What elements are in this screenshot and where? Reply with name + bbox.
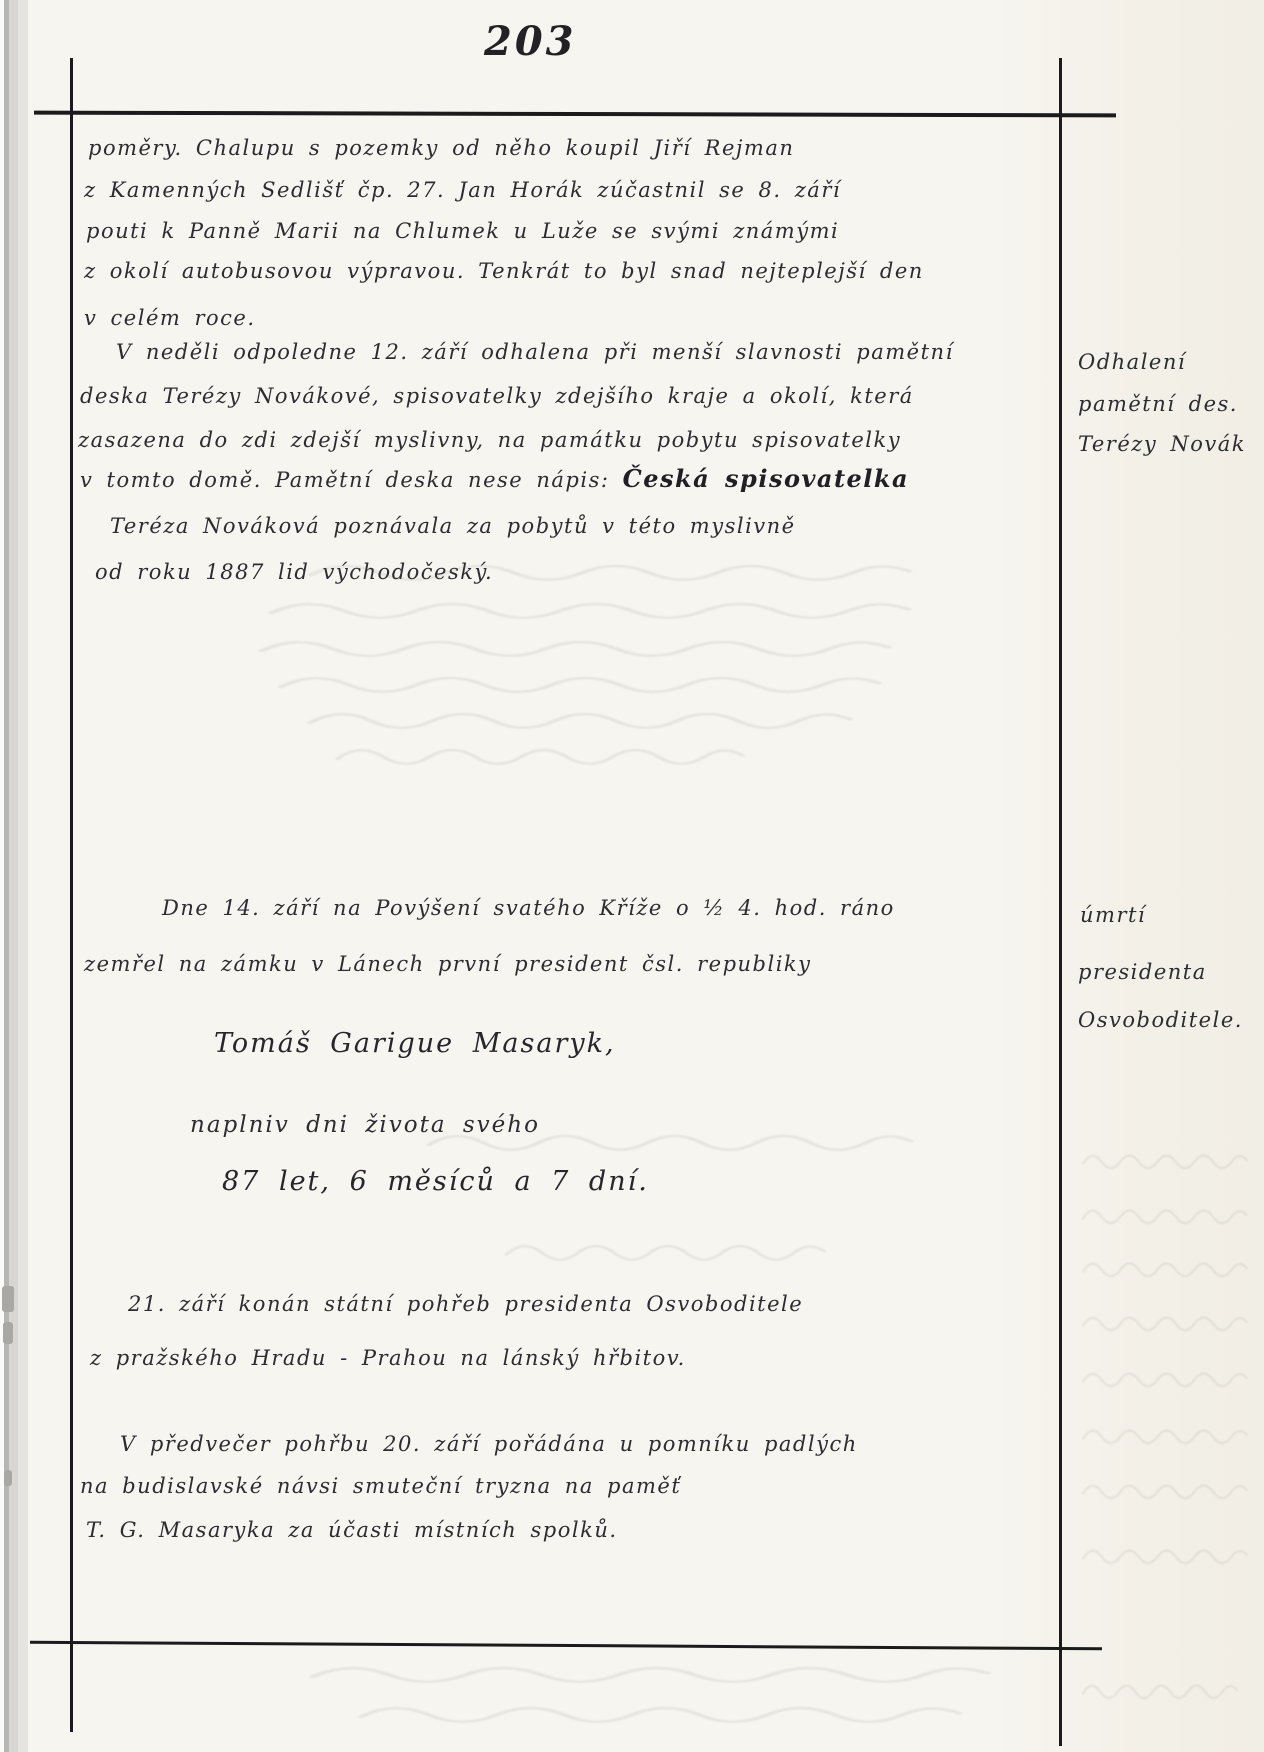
ink-bleed-squiggle	[350, 1702, 970, 1726]
chronicle-line: 21. září konán státní pohřeb presidenta …	[128, 1292, 803, 1316]
masaryk-name-line: Tomáš Garigue Masaryk,	[214, 1028, 616, 1059]
chronicle-line: v celém roce.	[84, 306, 256, 330]
ink-bleed-squiggle	[250, 636, 900, 660]
ink-bleed-squiggle	[500, 1240, 830, 1264]
ink-bleed-squiggle	[300, 1662, 1000, 1686]
plaque-inscription-start: Česká spisovatelka	[623, 464, 910, 493]
chronicle-line: poměry. Chalupu s pozemky od něho koupil…	[88, 136, 794, 160]
chronicle-line: zasazena do zdi zdejší myslivny, na pamá…	[78, 428, 901, 452]
masaryk-age-line: 87 let, 6 měsíců a 7 dní.	[222, 1166, 649, 1197]
chronicle-line: na budislavské návsi smuteční tryzna na …	[80, 1474, 681, 1498]
chronicle-line: V předvečer pohřbu 20. září pořádána u p…	[120, 1432, 858, 1456]
page-number: 203	[484, 18, 577, 65]
plaque-intro-text: v tomto domě. Pamětní deska nese nápis:	[80, 468, 623, 492]
margin-note-line: pamětní des.	[1078, 392, 1238, 416]
chronicle-line: T. G. Masaryka za účasti místních spolků…	[86, 1518, 618, 1542]
chronicle-line: v tomto domě. Pamětní deska nese nápis: …	[80, 464, 909, 493]
chronicle-line: z okolí autobusovou výpravou. Tenkrát to…	[84, 259, 924, 283]
chronicle-line: deska Terézy Novákové, spisovatelky zdej…	[80, 384, 914, 408]
ink-bleed-squiggle	[1080, 1368, 1250, 1390]
ink-bleed-squiggle	[260, 598, 920, 622]
ink-bleed-squiggle	[1080, 1205, 1250, 1227]
margin-note-line: Terézy Novák	[1078, 432, 1246, 456]
scan-artifact	[2, 1286, 14, 1312]
ink-bleed-squiggle	[330, 744, 750, 768]
ink-bleed-squiggle	[420, 1130, 920, 1154]
chronicle-line: V neděli odpoledne 12. září odhalena při…	[116, 340, 954, 364]
ink-bleed-squiggle	[1080, 1150, 1250, 1172]
ink-bleed-squiggle	[1080, 1312, 1250, 1334]
scan-artifact	[3, 1322, 13, 1344]
ink-bleed-squiggle	[1080, 1258, 1250, 1280]
chronicle-line: Dne 14. září na Povýšení svatého Kříže o…	[162, 896, 895, 920]
ink-bleed-squiggle	[270, 672, 890, 696]
ink-bleed-squiggle	[1080, 1425, 1250, 1447]
ink-bleed-squiggle	[1080, 1680, 1240, 1702]
chronicle-line: zemřel na zámku v Lánech první president…	[84, 952, 812, 976]
scanner-edge-strip	[0, 0, 28, 1752]
chronicle-line: z pražského Hradu - Prahou na lánský hřb…	[90, 1346, 686, 1370]
margin-note-line: úmrtí	[1080, 903, 1146, 927]
chronicle-line: pouti k Panně Marii na Chlumek u Luže se…	[86, 219, 839, 243]
ink-bleed-squiggle	[300, 708, 860, 732]
chronicle-line: Teréza Nováková poznávala za pobytů v té…	[110, 514, 796, 538]
scanned-chronicle-page: { "page_number": "203", "body_lines": [ …	[0, 0, 1264, 1752]
margin-note-line: Odhalení	[1078, 350, 1186, 374]
ink-bleed-squiggle	[1080, 1480, 1250, 1502]
frame-line-right	[1059, 58, 1062, 1746]
frame-line-left	[70, 58, 73, 1732]
ink-bleed-squiggle	[1080, 1545, 1250, 1567]
margin-note-line: Osvoboditele.	[1078, 1008, 1243, 1032]
ink-bleed-squiggle	[300, 560, 920, 584]
margin-note-line: presidenta	[1078, 960, 1207, 984]
scan-artifact	[4, 1470, 12, 1486]
chronicle-line: z Kamenných Sedlišť čp. 27. Jan Horák zú…	[84, 178, 841, 202]
